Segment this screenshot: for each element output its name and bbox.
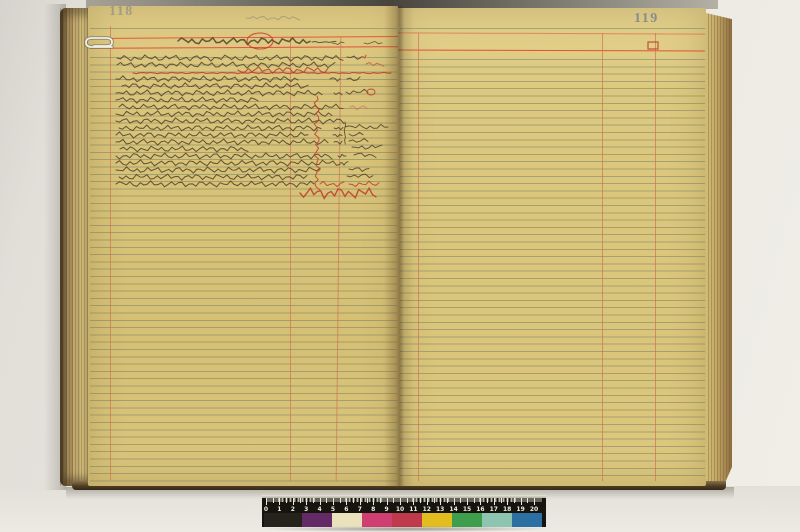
ink-handwriting-stroke	[116, 118, 344, 124]
red-ink-stroke	[133, 72, 391, 73]
color-patch-pink	[362, 513, 392, 527]
ink-handwriting-stroke	[120, 146, 248, 152]
cm-tick	[521, 498, 522, 505]
ink-handwriting-stroke	[349, 132, 363, 136]
half-cm-tick	[527, 498, 528, 503]
ruler-number: 10	[396, 506, 404, 513]
half-cm-tick	[300, 498, 301, 503]
cm-tick	[480, 498, 481, 505]
cm-tick	[306, 498, 307, 505]
ink-handwriting-stroke	[116, 160, 340, 166]
ink-handwriting-stroke	[312, 41, 336, 42]
handwriting-overlay	[0, 0, 800, 532]
cm-tick	[534, 498, 535, 505]
cm-tick	[333, 498, 334, 505]
ink-handwriting-stroke	[354, 153, 376, 157]
cm-tick	[400, 498, 401, 505]
cm-tick	[279, 498, 280, 505]
ruler-number: 18	[503, 506, 511, 513]
half-cm-tick	[460, 498, 461, 503]
red-ink-stroke	[361, 55, 366, 58]
ruler-number: 8	[371, 506, 375, 513]
ink-handwriting-stroke	[116, 181, 314, 187]
ink-handwriting-stroke	[338, 154, 346, 157]
half-cm-tick	[286, 498, 287, 503]
ink-handwriting-stroke	[332, 42, 344, 45]
ink-handwriting-stroke	[340, 162, 348, 165]
ruler-number: 13	[436, 506, 444, 513]
ruler-number: 17	[490, 506, 498, 513]
color-patch-yellow	[422, 513, 452, 527]
color-patch-green	[452, 513, 482, 527]
ruler-number: 0	[264, 506, 268, 513]
ruler-number: 16	[476, 506, 484, 513]
half-cm-tick	[340, 498, 341, 503]
ink-handwriting-stroke	[116, 153, 332, 159]
ink-handwriting-stroke	[116, 111, 332, 117]
ruler-number: 3	[304, 506, 308, 513]
red-ink-stroke	[300, 188, 376, 198]
ruler-number: 7	[358, 506, 362, 513]
color-patch-cyan	[482, 513, 512, 527]
ink-handwriting-stroke	[349, 168, 369, 172]
red-ink-stroke	[350, 106, 367, 110]
ink-handwriting-stroke	[347, 77, 360, 81]
cm-tick	[413, 498, 414, 505]
ruler-number: 11	[409, 506, 417, 513]
color-patch-blue	[512, 513, 542, 527]
ink-handwriting-stroke	[178, 38, 310, 45]
ink-handwriting-stroke	[116, 76, 298, 82]
half-cm-tick	[273, 498, 274, 503]
cm-tick	[467, 498, 468, 505]
ink-handwriting-stroke	[119, 174, 307, 180]
ink-handwriting-stroke	[347, 174, 373, 178]
pencil-note-stroke	[246, 17, 300, 20]
ink-handwriting-stroke	[352, 145, 382, 149]
half-cm-tick	[313, 498, 314, 503]
cm-tick	[440, 498, 441, 505]
ink-handwriting-stroke	[344, 122, 345, 144]
ruler-number: 6	[344, 506, 348, 513]
ink-handwriting-stroke	[347, 56, 361, 59]
cm-tick	[360, 498, 361, 505]
color-patch-cream	[332, 513, 362, 527]
half-cm-tick	[420, 498, 421, 503]
half-cm-tick	[434, 498, 435, 503]
cm-tick	[427, 498, 428, 505]
ruler-number: 1	[277, 506, 281, 513]
ledger-photograph: 118 119 01234567891011121314151617181920	[0, 0, 800, 532]
half-cm-tick	[380, 498, 381, 503]
cm-tick	[266, 498, 267, 505]
ink-handwriting-stroke	[116, 132, 308, 138]
red-ink-stroke	[349, 181, 379, 186]
ink-handwriting-stroke	[116, 97, 258, 103]
ruler-number: 5	[331, 506, 335, 513]
ink-handwriting-stroke	[117, 62, 335, 68]
cm-tick	[373, 498, 374, 505]
ruler-shadow	[258, 526, 550, 532]
half-cm-tick	[326, 498, 327, 503]
cm-tick	[293, 498, 294, 505]
cm-tick	[507, 498, 508, 505]
color-patch-purple	[302, 513, 332, 527]
red-ink-stroke	[648, 42, 658, 49]
ruler-number: 9	[385, 506, 389, 513]
half-cm-tick	[407, 498, 408, 503]
ruler-number: 15	[463, 506, 471, 513]
ink-handwriting-stroke	[117, 55, 343, 61]
half-cm-tick	[487, 498, 488, 503]
half-cm-tick	[447, 498, 448, 503]
ruler-number: 19	[516, 506, 524, 513]
ruler-number: 20	[530, 506, 538, 513]
ink-handwriting-stroke	[116, 90, 322, 96]
cm-tick	[387, 498, 388, 505]
color-patch-strip	[262, 513, 546, 527]
ruler-number: 2	[291, 506, 295, 513]
half-cm-tick	[367, 498, 368, 503]
half-cm-tick	[474, 498, 475, 503]
ink-handwriting-stroke	[119, 104, 343, 110]
ink-handwriting-stroke	[349, 139, 368, 143]
ink-handwriting-stroke	[334, 127, 343, 129]
ink-handwriting-stroke	[330, 78, 340, 81]
cm-tick	[454, 498, 455, 505]
ink-handwriting-stroke	[119, 125, 321, 131]
ink-handwriting-stroke	[122, 83, 308, 89]
red-ink-stroke	[320, 181, 344, 186]
ruler-number: 12	[423, 506, 431, 513]
ink-handwriting-stroke	[116, 167, 320, 173]
ruler-number: 4	[318, 506, 322, 513]
ink-handwriting-stroke	[334, 93, 342, 95]
red-ink-stroke	[366, 63, 384, 67]
half-cm-tick	[393, 498, 394, 503]
ink-handwriting-stroke	[346, 89, 368, 94]
ruler-scale: 01234567891011121314151617181920	[262, 498, 546, 513]
color-patch-red	[392, 513, 422, 527]
ink-handwriting-stroke	[116, 139, 328, 145]
color-patch-black	[264, 513, 302, 527]
ink-handwriting-stroke	[334, 141, 342, 144]
ink-handwriting-stroke	[345, 124, 388, 128]
ink-handwriting-stroke	[364, 41, 382, 44]
half-cm-tick	[514, 498, 515, 503]
cm-tick	[494, 498, 495, 505]
cm-tick	[320, 498, 321, 505]
ink-handwriting-stroke	[333, 135, 342, 137]
color-calibration-ruler: 01234567891011121314151617181920	[262, 495, 546, 527]
red-ink-stroke	[367, 89, 375, 95]
half-cm-tick	[353, 498, 354, 503]
cm-tick	[346, 498, 347, 505]
ruler-number: 14	[449, 506, 457, 513]
half-cm-tick	[501, 498, 502, 503]
